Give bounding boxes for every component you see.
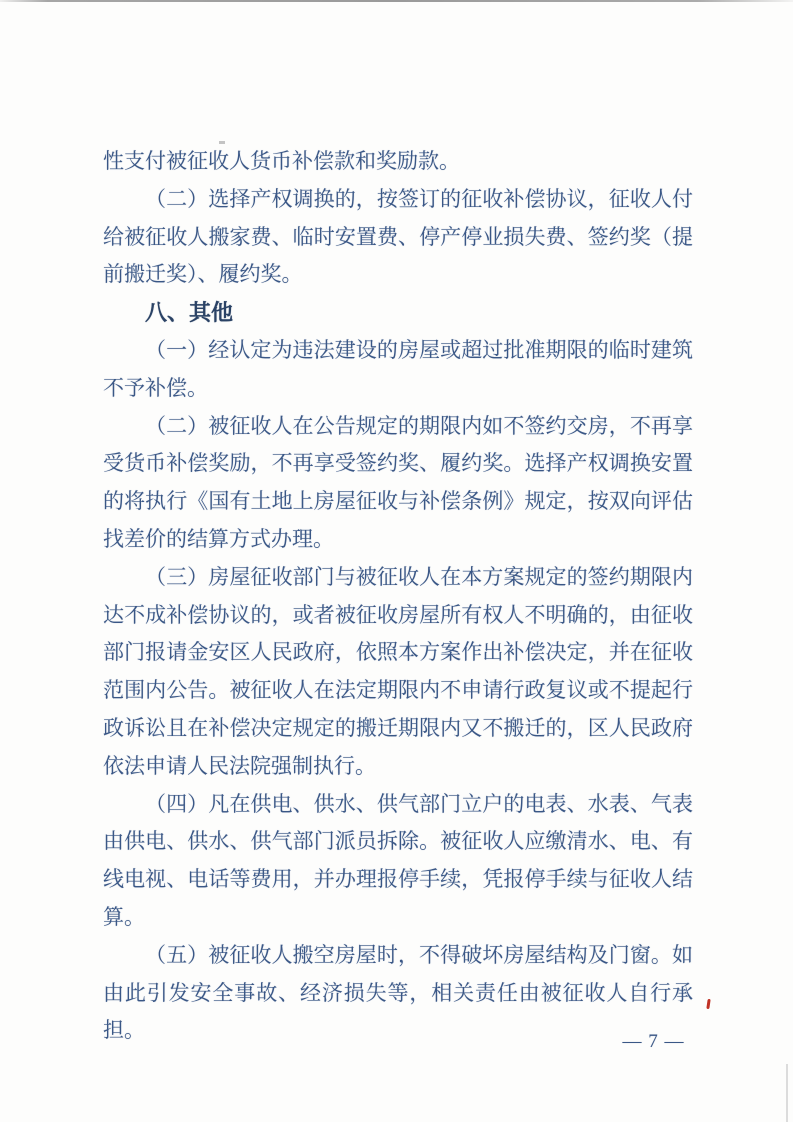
page-number: — 7 — xyxy=(606,1031,701,1053)
scan-edge-top-artifact xyxy=(0,0,793,2)
paragraph-continuation: 性支付被征收人货币补偿款和奖励款。 xyxy=(103,143,693,181)
section-heading: 八、其他 xyxy=(103,294,693,332)
paragraph: （一）经认定为违法建设的房屋或超过批准期限的临时建筑不予补偿。 xyxy=(103,332,693,408)
paragraph: （三）房屋征收部门与被征收人在本方案规定的签约期限内达不成补偿协议的，或者被征收… xyxy=(103,559,693,786)
scan-edge-right-artifact xyxy=(786,1064,788,1122)
paragraph: （二）被征收人在公告规定的期限内如不签约交房，不再享受货币补偿奖励，不再享受签约… xyxy=(103,408,693,559)
paragraph: （四）凡在供电、供水、供气部门立户的电表、水表、气表由供电、供水、供气部门派员拆… xyxy=(103,786,693,937)
document-page: 性支付被征收人货币补偿款和奖励款。 （二）选择产权调换的，按签订的征收补偿协议，… xyxy=(0,0,793,1122)
paragraph: （五）被征收人搬空房屋时，不得破坏房屋结构及门窗。如由此引发安全事故、经济损失等… xyxy=(103,937,693,1050)
red-ink-artifact xyxy=(706,999,710,1009)
document-body: 性支付被征收人货币补偿款和奖励款。 （二）选择产权调换的，按签订的征收补偿协议，… xyxy=(103,143,693,1050)
paragraph: （二）选择产权调换的，按签订的征收补偿协议，征收人付给被征收人搬家费、临时安置费… xyxy=(103,181,693,294)
